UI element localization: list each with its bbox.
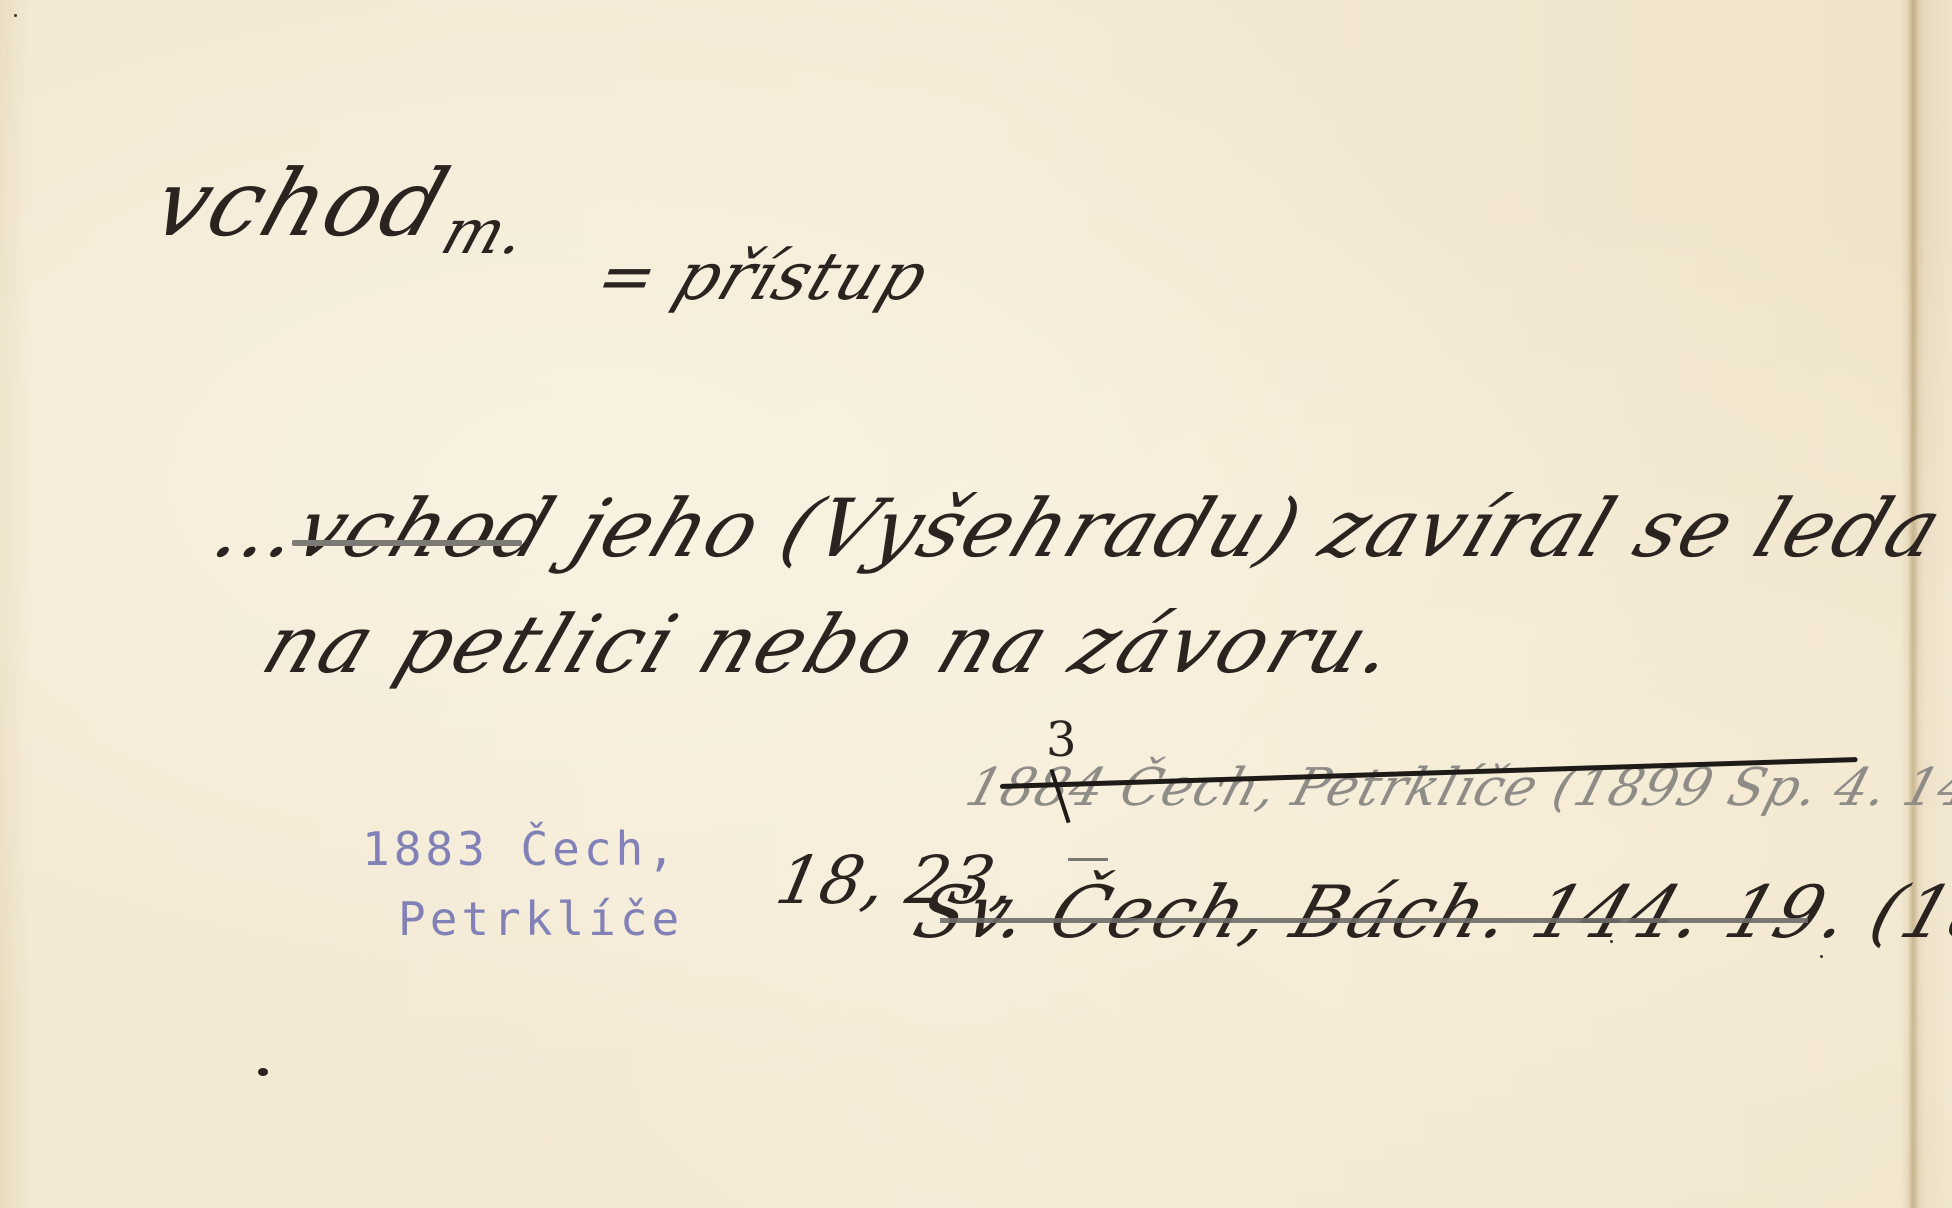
strikethrough-line xyxy=(940,918,1808,923)
ink-speck xyxy=(1820,955,1823,958)
ink-speck xyxy=(14,14,17,17)
struck-reference: Sv. Čech, Bách. 144. 19. (1886) xyxy=(904,870,1952,954)
ink-dot xyxy=(258,1068,268,1076)
index-card: vchod m. = přístup …vchod jeho (Vyšehrad… xyxy=(0,0,1952,1208)
grammar-label: m. xyxy=(433,195,537,268)
ink-speck xyxy=(1610,940,1613,943)
source-stamp-line-2: Petrklíče xyxy=(398,892,683,946)
underline-mark xyxy=(292,540,522,546)
synonym: = přístup xyxy=(586,238,939,315)
struck-old-reference: 1884 Čech, Petrklíče (1899 Sp. 4. 144. 1… xyxy=(959,758,1952,818)
headword: vchod xyxy=(141,150,463,257)
quotation-line-1: …vchod jeho (Vyšehradu) zavíral se leda xyxy=(201,482,1952,575)
source-stamp-line-1: 1883 Čech, xyxy=(362,822,679,876)
quotation-line-2: na petlici nebo na závoru. xyxy=(251,598,1412,691)
card-edge-shadow xyxy=(1908,0,1918,1208)
dash-mark xyxy=(1068,858,1108,861)
